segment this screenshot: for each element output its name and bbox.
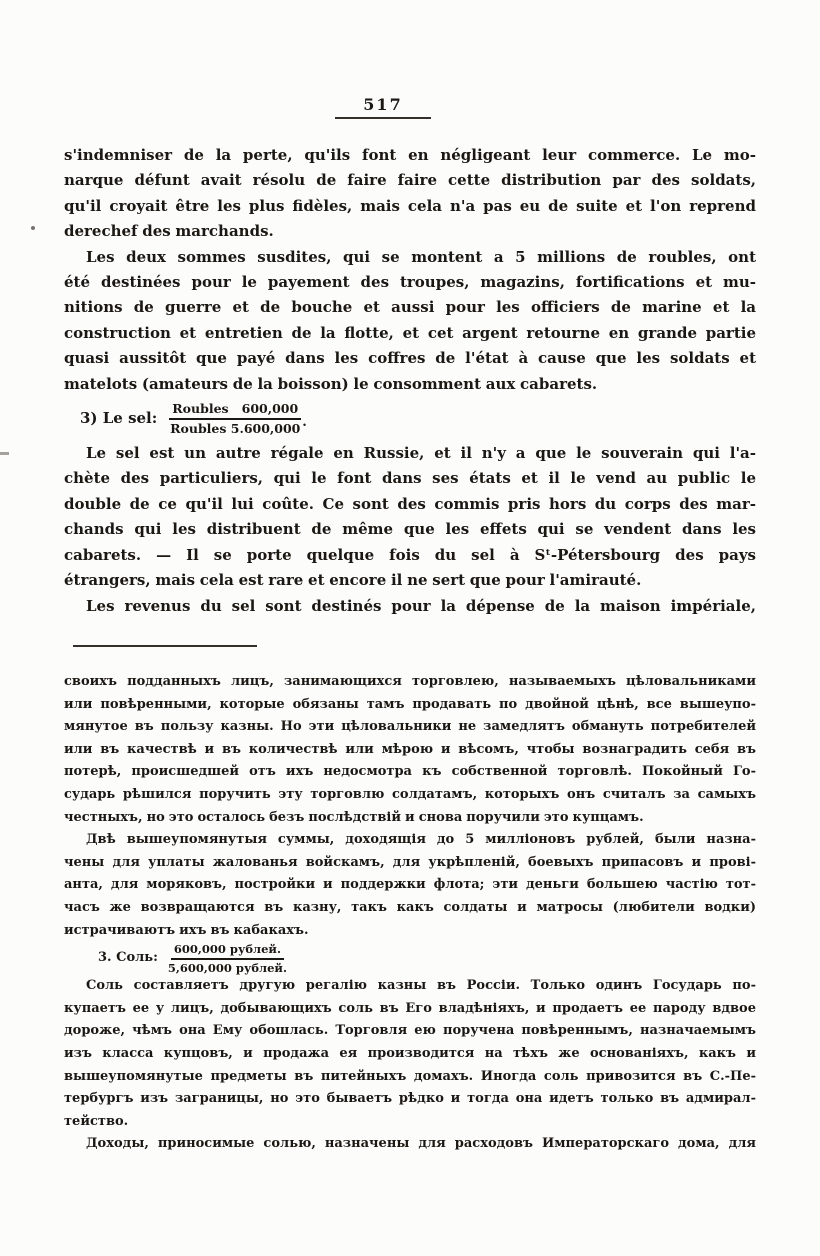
- scanned-book-page: 517 s'indemniser de la perte, qu'ils fon…: [0, 0, 820, 1256]
- text-line: Соль составляетъ другую регалію казны въ…: [64, 975, 756, 998]
- text-line: тербургъ изъ заграницы, но это бываетъ р…: [64, 1088, 756, 1111]
- text-line: étrangers, mais cela est rare et encore …: [64, 568, 756, 593]
- page-number: 517: [335, 95, 431, 114]
- text-line: своихъ подданныхъ лицъ, занимающихся тор…: [64, 671, 756, 694]
- text-line: derechef des marchands.: [64, 219, 756, 244]
- text-line: изъ класса купцовъ, и продажа ея произво…: [64, 1043, 756, 1066]
- salt-ratio-line-french: 3) Le sel: Roubles 600,000 Roubles 5.600…: [64, 397, 756, 441]
- text-line: narque défunt avait résolu de faire fair…: [64, 168, 756, 193]
- text-line: Le sel est un autre régale en Russie, et…: [64, 441, 756, 466]
- text-line: quasi aussitôt que payé dans les coffres…: [64, 346, 756, 371]
- text-line: купаетъ ее у лицъ, добывающихъ соль въ Е…: [64, 998, 756, 1021]
- fraction-numerator: Roubles 600,000: [169, 401, 301, 420]
- text-line: double de ce qu'il lui coûte. Ce sont de…: [64, 492, 756, 517]
- text-line: Доходы, приносимые солью, назначены для …: [64, 1133, 756, 1156]
- text-line: Les deux sommes susdites, qui se montent…: [64, 245, 756, 270]
- text-line: сударь рѣшился поручить эту торговлю сол…: [64, 784, 756, 807]
- ink-speck: [31, 226, 35, 230]
- text-line: été destinées pour le payement des troup…: [64, 270, 756, 295]
- ink-speck: [0, 452, 9, 455]
- fraction-period: .: [302, 416, 307, 429]
- text-line: тейство.: [64, 1111, 756, 1134]
- footnote-paragraph-3: Соль составляетъ другую регалію казны въ…: [64, 975, 756, 1133]
- text-line: истрачиваютъ ихъ въ кабакахъ.: [64, 920, 756, 943]
- footnote-paragraph-1: своихъ подданныхъ лицъ, занимающихся тор…: [64, 671, 756, 829]
- footnote-paragraph-2: Двѣ вышеупомянутыя суммы, доходящія до 5…: [64, 829, 756, 942]
- roubles-fraction: Roubles 600,000 Roubles 5.600,000: [169, 401, 301, 438]
- russian-footnote-block: своихъ подданныхъ лицъ, занимающихся тор…: [64, 671, 756, 1156]
- text-line: честныхъ, но это осталось безъ послѣдств…: [64, 807, 756, 830]
- french-paragraph-2: Les deux sommes susdites, qui se montent…: [64, 245, 756, 397]
- text-line: вышеупомянутые предметы въ питейныхъ дом…: [64, 1066, 756, 1089]
- text-line: chète des particuliers, qui le font dans…: [64, 466, 756, 491]
- text-line: дороже, чѣмъ она Ему обошлась. Торговля …: [64, 1020, 756, 1043]
- french-paragraph-4: Les revenus du sel sont destinés pour la…: [64, 594, 756, 619]
- fraction-denominator: 5,600,000 рублей.: [168, 960, 287, 975]
- french-text-block: s'indemniser de la perte, qu'ils font en…: [64, 143, 756, 619]
- footnote-separator-rule: [73, 645, 257, 647]
- roubles-fraction: 600,000 рублей. 5,600,000 рублей.: [168, 942, 287, 975]
- text-line: или въ качествѣ и въ количествѣ или мѣро…: [64, 739, 756, 762]
- text-line: matelots (amateurs de la boisson) le con…: [64, 372, 756, 397]
- text-line: Двѣ вышеупомянутыя суммы, доходящія до 5…: [64, 829, 756, 852]
- text-line: s'indemniser de la perte, qu'ils font en…: [64, 143, 756, 168]
- text-line: или повѣренными, которые обязаны тамъ пр…: [64, 694, 756, 717]
- fraction-denominator: Roubles 5.600,000: [170, 420, 300, 437]
- footnote-paragraph-4: Доходы, приносимые солью, назначены для …: [64, 1133, 756, 1156]
- text-line: chands qui les distribuent de même que l…: [64, 517, 756, 542]
- text-line: nitions de guerre et de bouche et aussi …: [64, 295, 756, 320]
- french-paragraph-3: Le sel est un autre régale en Russie, et…: [64, 441, 756, 593]
- text-line: анта, для моряковъ, постройки и поддержк…: [64, 874, 756, 897]
- fraction-label: 3. Соль:: [98, 947, 158, 970]
- text-line: construction et entretien de la flotte, …: [64, 321, 756, 346]
- page-number-rule: [335, 117, 431, 119]
- french-paragraph-1: s'indemniser de la perte, qu'ils font en…: [64, 143, 756, 245]
- text-line: Les revenus du sel sont destinés pour la…: [64, 594, 756, 619]
- text-line: чены для уплаты жалованья войскамъ, для …: [64, 852, 756, 875]
- text-line: потерѣ, происшедшей отъ ихъ недосмотра к…: [64, 761, 756, 784]
- text-line: cabarets. — Il se porte quelque fois du …: [64, 543, 756, 568]
- salt-ratio-line-russian: 3. Соль: 600,000 рублей. 5,600,000 рубле…: [64, 942, 756, 975]
- text-line: qu'il croyait être les plus fidèles, mai…: [64, 194, 756, 219]
- fraction-numerator: 600,000 рублей.: [171, 942, 284, 959]
- fraction-label: 3) Le sel:: [80, 406, 157, 431]
- text-line: часъ же возвращаются въ казну, такъ какъ…: [64, 897, 756, 920]
- text-line: мянутое въ пользу казны. Но эти цѣловаль…: [64, 716, 756, 739]
- page-header: 517: [335, 95, 431, 119]
